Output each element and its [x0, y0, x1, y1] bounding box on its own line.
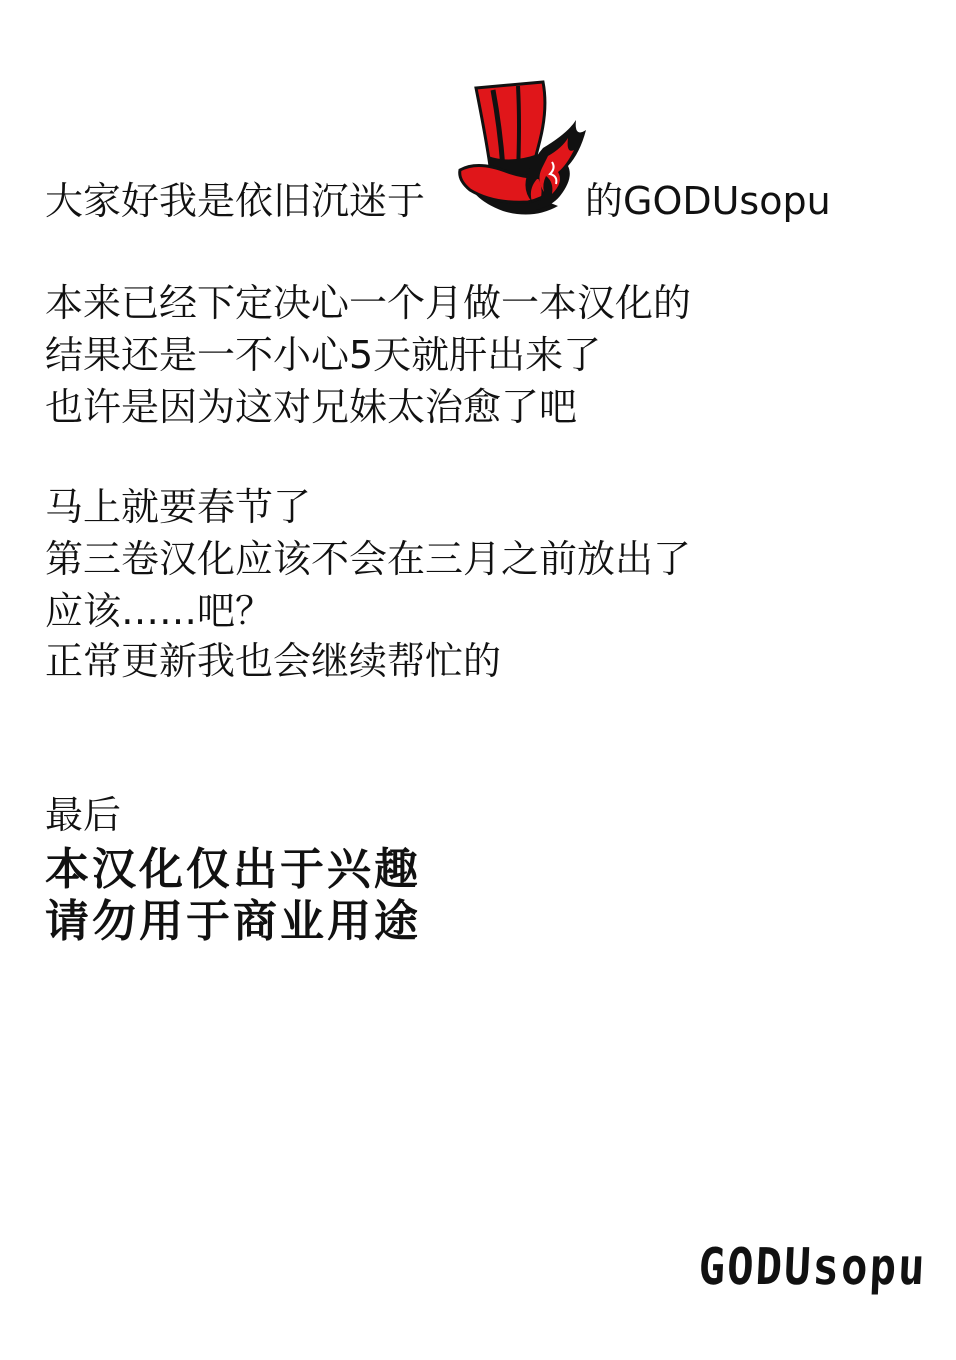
paragraph2-line: 第三卷汉化应该不会在三月之前放出了	[45, 536, 691, 582]
intro-author-text: 的GODUsopu	[585, 178, 831, 224]
paragraph2-line: 应该……吧？	[45, 588, 273, 634]
top-hat-logo-icon	[448, 78, 598, 228]
paragraph2-line: 正常更新我也会继续帮忙的	[45, 638, 501, 684]
notice-line: 请勿用于商业用途	[45, 896, 421, 948]
paragraph1-line: 本来已经下定决心一个月做一本汉化的	[45, 280, 691, 326]
paragraph2-line: 马上就要春节了	[45, 484, 311, 530]
paragraph1-line: 也许是因为这对兄妹太治愈了吧	[45, 384, 577, 430]
intro-text: 大家好我是依旧沉迷于	[45, 178, 425, 224]
closing-label: 最后	[45, 792, 121, 838]
paragraph1-line: 结果还是一不小心5天就肝出来了	[45, 332, 601, 378]
signature: GODUsopu	[697, 1238, 928, 1297]
notice-line: 本汉化仅出于兴趣	[45, 844, 421, 896]
